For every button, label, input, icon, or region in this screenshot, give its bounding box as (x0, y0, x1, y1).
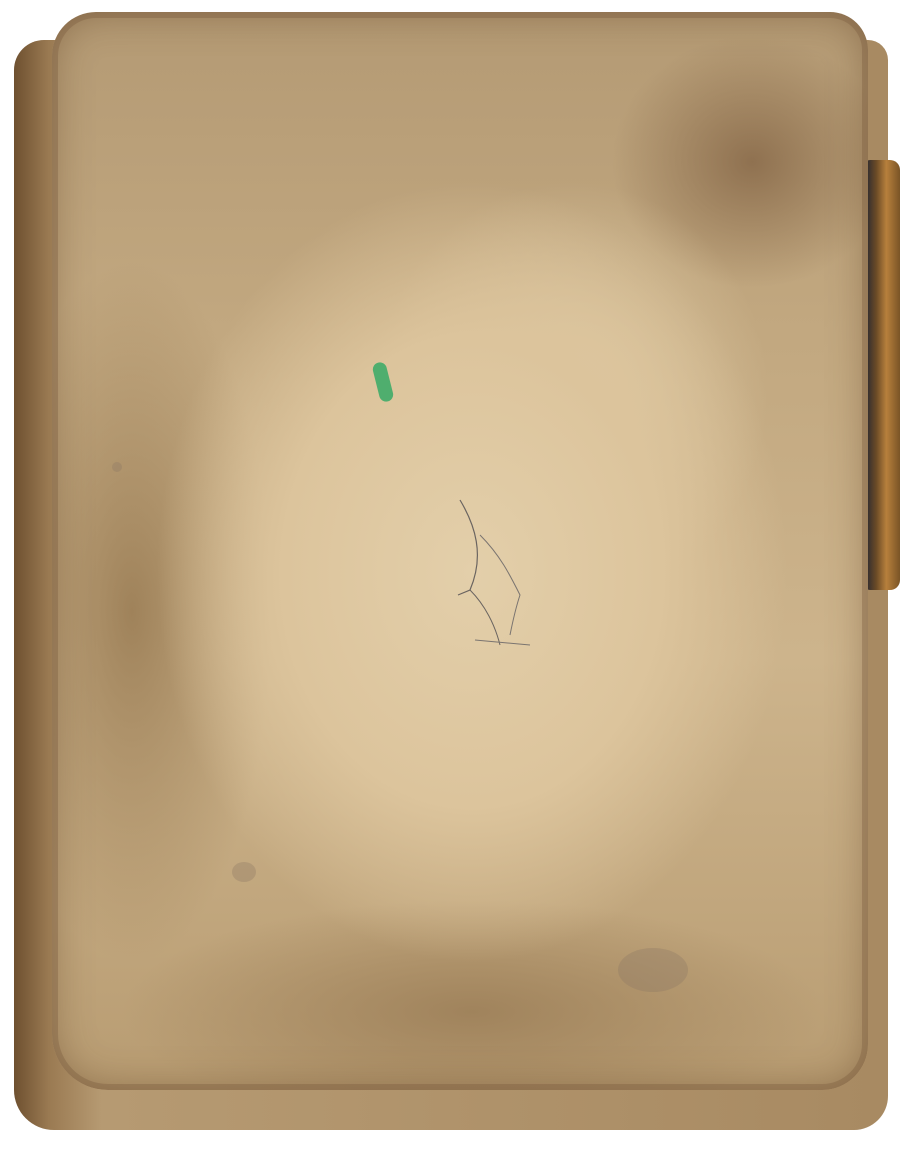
pencil-sketch (440, 495, 550, 655)
water-stain (232, 862, 256, 882)
torn-spine-edge (866, 160, 900, 590)
water-stain (112, 462, 122, 472)
water-stain (618, 948, 688, 992)
book-cover-photo: Aged parchment/paper book cover with wat… (0, 0, 906, 1151)
